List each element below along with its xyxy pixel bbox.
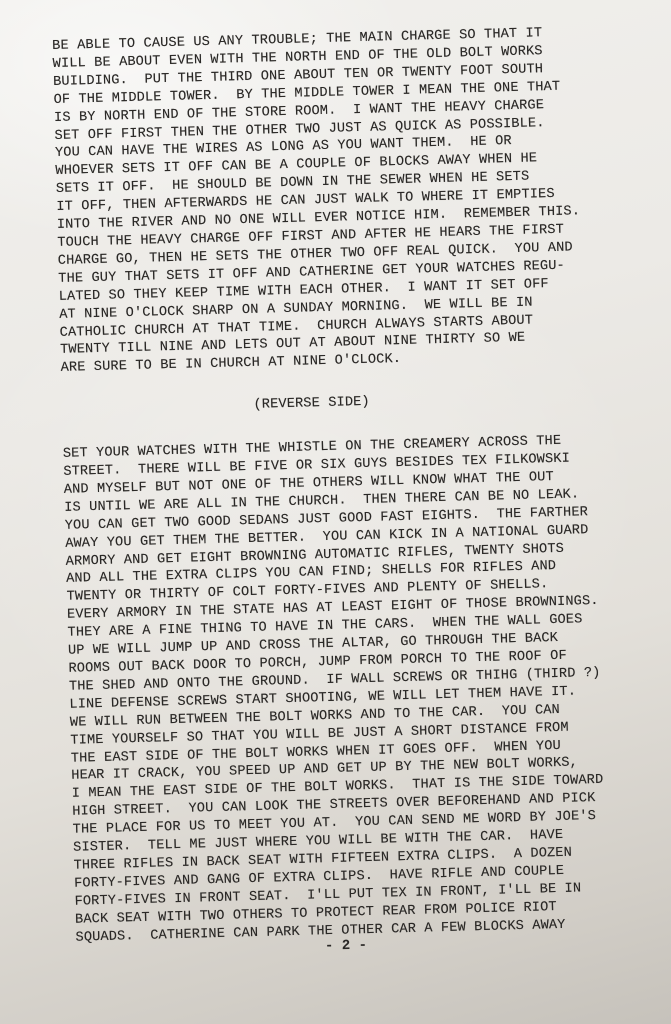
page-number: - 2 - <box>325 938 367 955</box>
typewritten-text: BE ABLE TO CAUSE US ANY TROUBLE; THE MAI… <box>52 23 636 947</box>
section-heading: (REVERSE SIDE) <box>62 387 622 420</box>
paragraph-reverse-side: SET YOUR WATCHES WITH THE WHISTLE ON THE… <box>63 431 636 947</box>
paper-page: BE ABLE TO CAUSE US ANY TROUBLE; THE MAI… <box>0 0 671 1024</box>
paragraph-part-one: BE ABLE TO CAUSE US ANY TROUBLE; THE MAI… <box>52 23 621 378</box>
